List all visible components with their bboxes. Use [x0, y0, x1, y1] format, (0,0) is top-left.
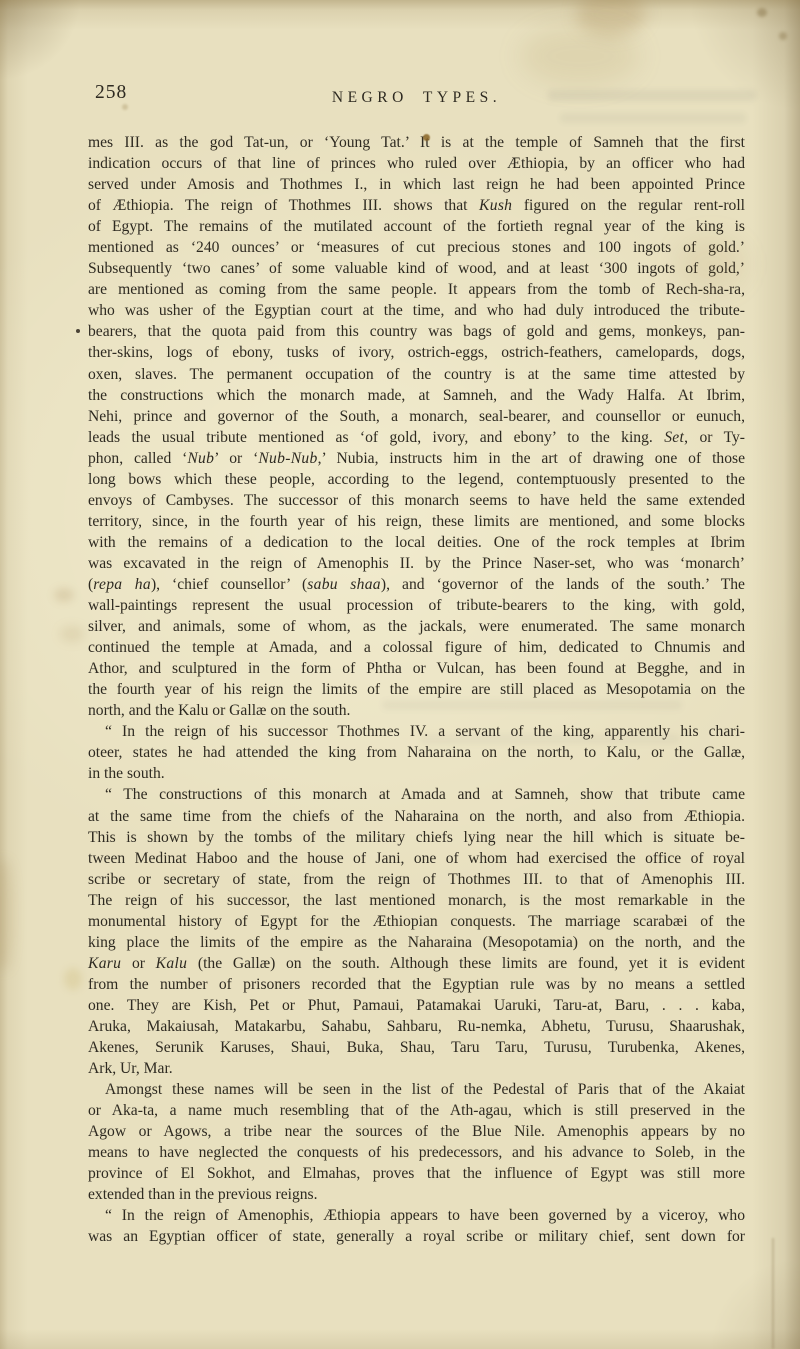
text-line: “ The constructions of this monarch at A…: [88, 784, 745, 805]
text-line: mes III. as the god Tat-un, or ‘Young Ta…: [88, 132, 745, 153]
text-line: Ark, Ur, Mar.: [88, 1058, 745, 1079]
paper-stain: [0, 860, 12, 970]
text-line: Aruka, Makaiusah, Matakarbu, Sahabu, Sah…: [88, 1016, 745, 1037]
text-line: one. They are Kish, Pet or Phut, Pamaui,…: [88, 995, 745, 1016]
text-line: Nehi, prince and governor of the South, …: [88, 406, 745, 427]
text-line: silver, and animals, some of whom, as th…: [88, 616, 745, 637]
text-line: (repa ha), ‘chief counsellor’ (sabu shaa…: [88, 574, 745, 595]
showthrough-text-ghost: [560, 113, 746, 123]
text-line: bearers, that the quota paid from this c…: [88, 321, 745, 342]
text-line: Subsequently ‘two canes’ of some valuabl…: [88, 258, 745, 279]
text-line: was excavated in the reign of Amenophis …: [88, 553, 745, 574]
text-line: leads the usual tribute mentioned as ‘of…: [88, 427, 745, 448]
text-line: from the number of prisoners recorded th…: [88, 974, 745, 995]
text-line: king place the limits of the empire as t…: [88, 932, 745, 953]
book-page: 258 NEGRO TYPES. mes III. as the god Tat…: [0, 0, 800, 1349]
text-line: with the remains of a dedication to the …: [88, 532, 745, 553]
text-line: scribe or secretary of state, from the r…: [88, 869, 745, 890]
paragraph: Amongst these names will be seen in the …: [88, 1079, 745, 1205]
text-line: “ In the reign of his successor Thothmes…: [88, 721, 745, 742]
text-block: mes III. as the god Tat-un, or ‘Young Ta…: [88, 132, 745, 1247]
paragraph: “ In the reign of his successor Thothmes…: [88, 721, 745, 784]
text-line: continued the temple at Amada, and a col…: [88, 637, 745, 658]
text-line: in the south.: [88, 763, 745, 784]
running-title: NEGRO TYPES.: [88, 89, 745, 107]
text-line: or Aka-ta, a name much resembling that o…: [88, 1100, 745, 1121]
paper-speck: [757, 8, 767, 17]
text-line: ther-skins, logs of ebony, tusks of ivor…: [88, 342, 745, 363]
text-line: of Egypt. The remains of the mutilated a…: [88, 216, 745, 237]
text-line: mentioned as ‘240 ounces’ or ‘measures o…: [88, 237, 745, 258]
text-line: Athor, and sculptured in the form of Pht…: [88, 658, 745, 679]
paragraph: “ In the reign of Amenophis, Æthiopia ap…: [88, 1205, 745, 1247]
text-line: phon, called ‘Nub’ or ‘Nub-Nub,’ Nubia, …: [88, 448, 745, 469]
text-line: Agow or Agows, a tribe near the sources …: [88, 1121, 745, 1142]
text-line: Karu or Kalu (the Gallæ) on the south. A…: [88, 953, 745, 974]
text-line: province of El Sokhot, and Elmahas, prov…: [88, 1163, 745, 1184]
text-line: wall-paintings represent the usual proce…: [88, 595, 745, 616]
text-line: the constructions which the monarch made…: [88, 385, 745, 406]
text-line: envoys of Cambyses. The successor of thi…: [88, 490, 745, 511]
text-line: Akenes, Serunik Karuses, Shaui, Buka, Sh…: [88, 1037, 745, 1058]
text-line: who was usher of the Egyptian court at t…: [88, 300, 745, 321]
text-line: are mentioned as coming from the same pe…: [88, 279, 745, 300]
text-line: The reign of his successor, the last men…: [88, 890, 745, 911]
text-line: indication occurs of that line of prince…: [88, 153, 745, 174]
text-line: served under Amosis and Thothmes I., in …: [88, 174, 745, 195]
paper-stain: [576, 0, 646, 36]
text-line: long bows which these people, according …: [88, 469, 745, 490]
text-line: north, and the Kalu or Gallæ on the sout…: [88, 700, 745, 721]
text-line: means to have neglected the conquests of…: [88, 1142, 745, 1163]
text-line: oteer, states he had attended the king f…: [88, 742, 745, 763]
text-line: This is shown by the tombs of the milita…: [88, 827, 745, 848]
text-line: of Æthiopia. The reign of Thothmes III. …: [88, 195, 745, 216]
paper-stain: [64, 968, 82, 990]
margin-dot: [76, 329, 80, 333]
text-line: “ In the reign of Amenophis, Æthiopia ap…: [88, 1205, 745, 1226]
text-line: extended than in the previous reigns.: [88, 1184, 745, 1205]
text-line: was an Egyptian officer of state, genera…: [88, 1226, 745, 1247]
paragraph: mes III. as the god Tat-un, or ‘Young Ta…: [88, 132, 745, 721]
page-edge-crease: [772, 1238, 774, 1349]
text-line: oxen, slaves. The permanent occupation o…: [88, 364, 745, 385]
paper-speck: [779, 32, 787, 40]
text-line: monumental history of Egypt for the Æthi…: [88, 911, 745, 932]
text-line: at the same time from the chiefs of the …: [88, 806, 745, 827]
paper-stain: [54, 588, 74, 602]
text-line: the fourth year of his reign the limits …: [88, 679, 745, 700]
text-line: territory, since, in the fourth year of …: [88, 511, 745, 532]
paragraph: “ The constructions of this monarch at A…: [88, 784, 745, 1079]
text-line: tween Medinat Haboo and the house of Jan…: [88, 848, 745, 869]
paper-stain: [60, 626, 84, 642]
text-line: Amongst these names will be seen in the …: [88, 1079, 745, 1100]
paper-stain: [520, 26, 640, 86]
